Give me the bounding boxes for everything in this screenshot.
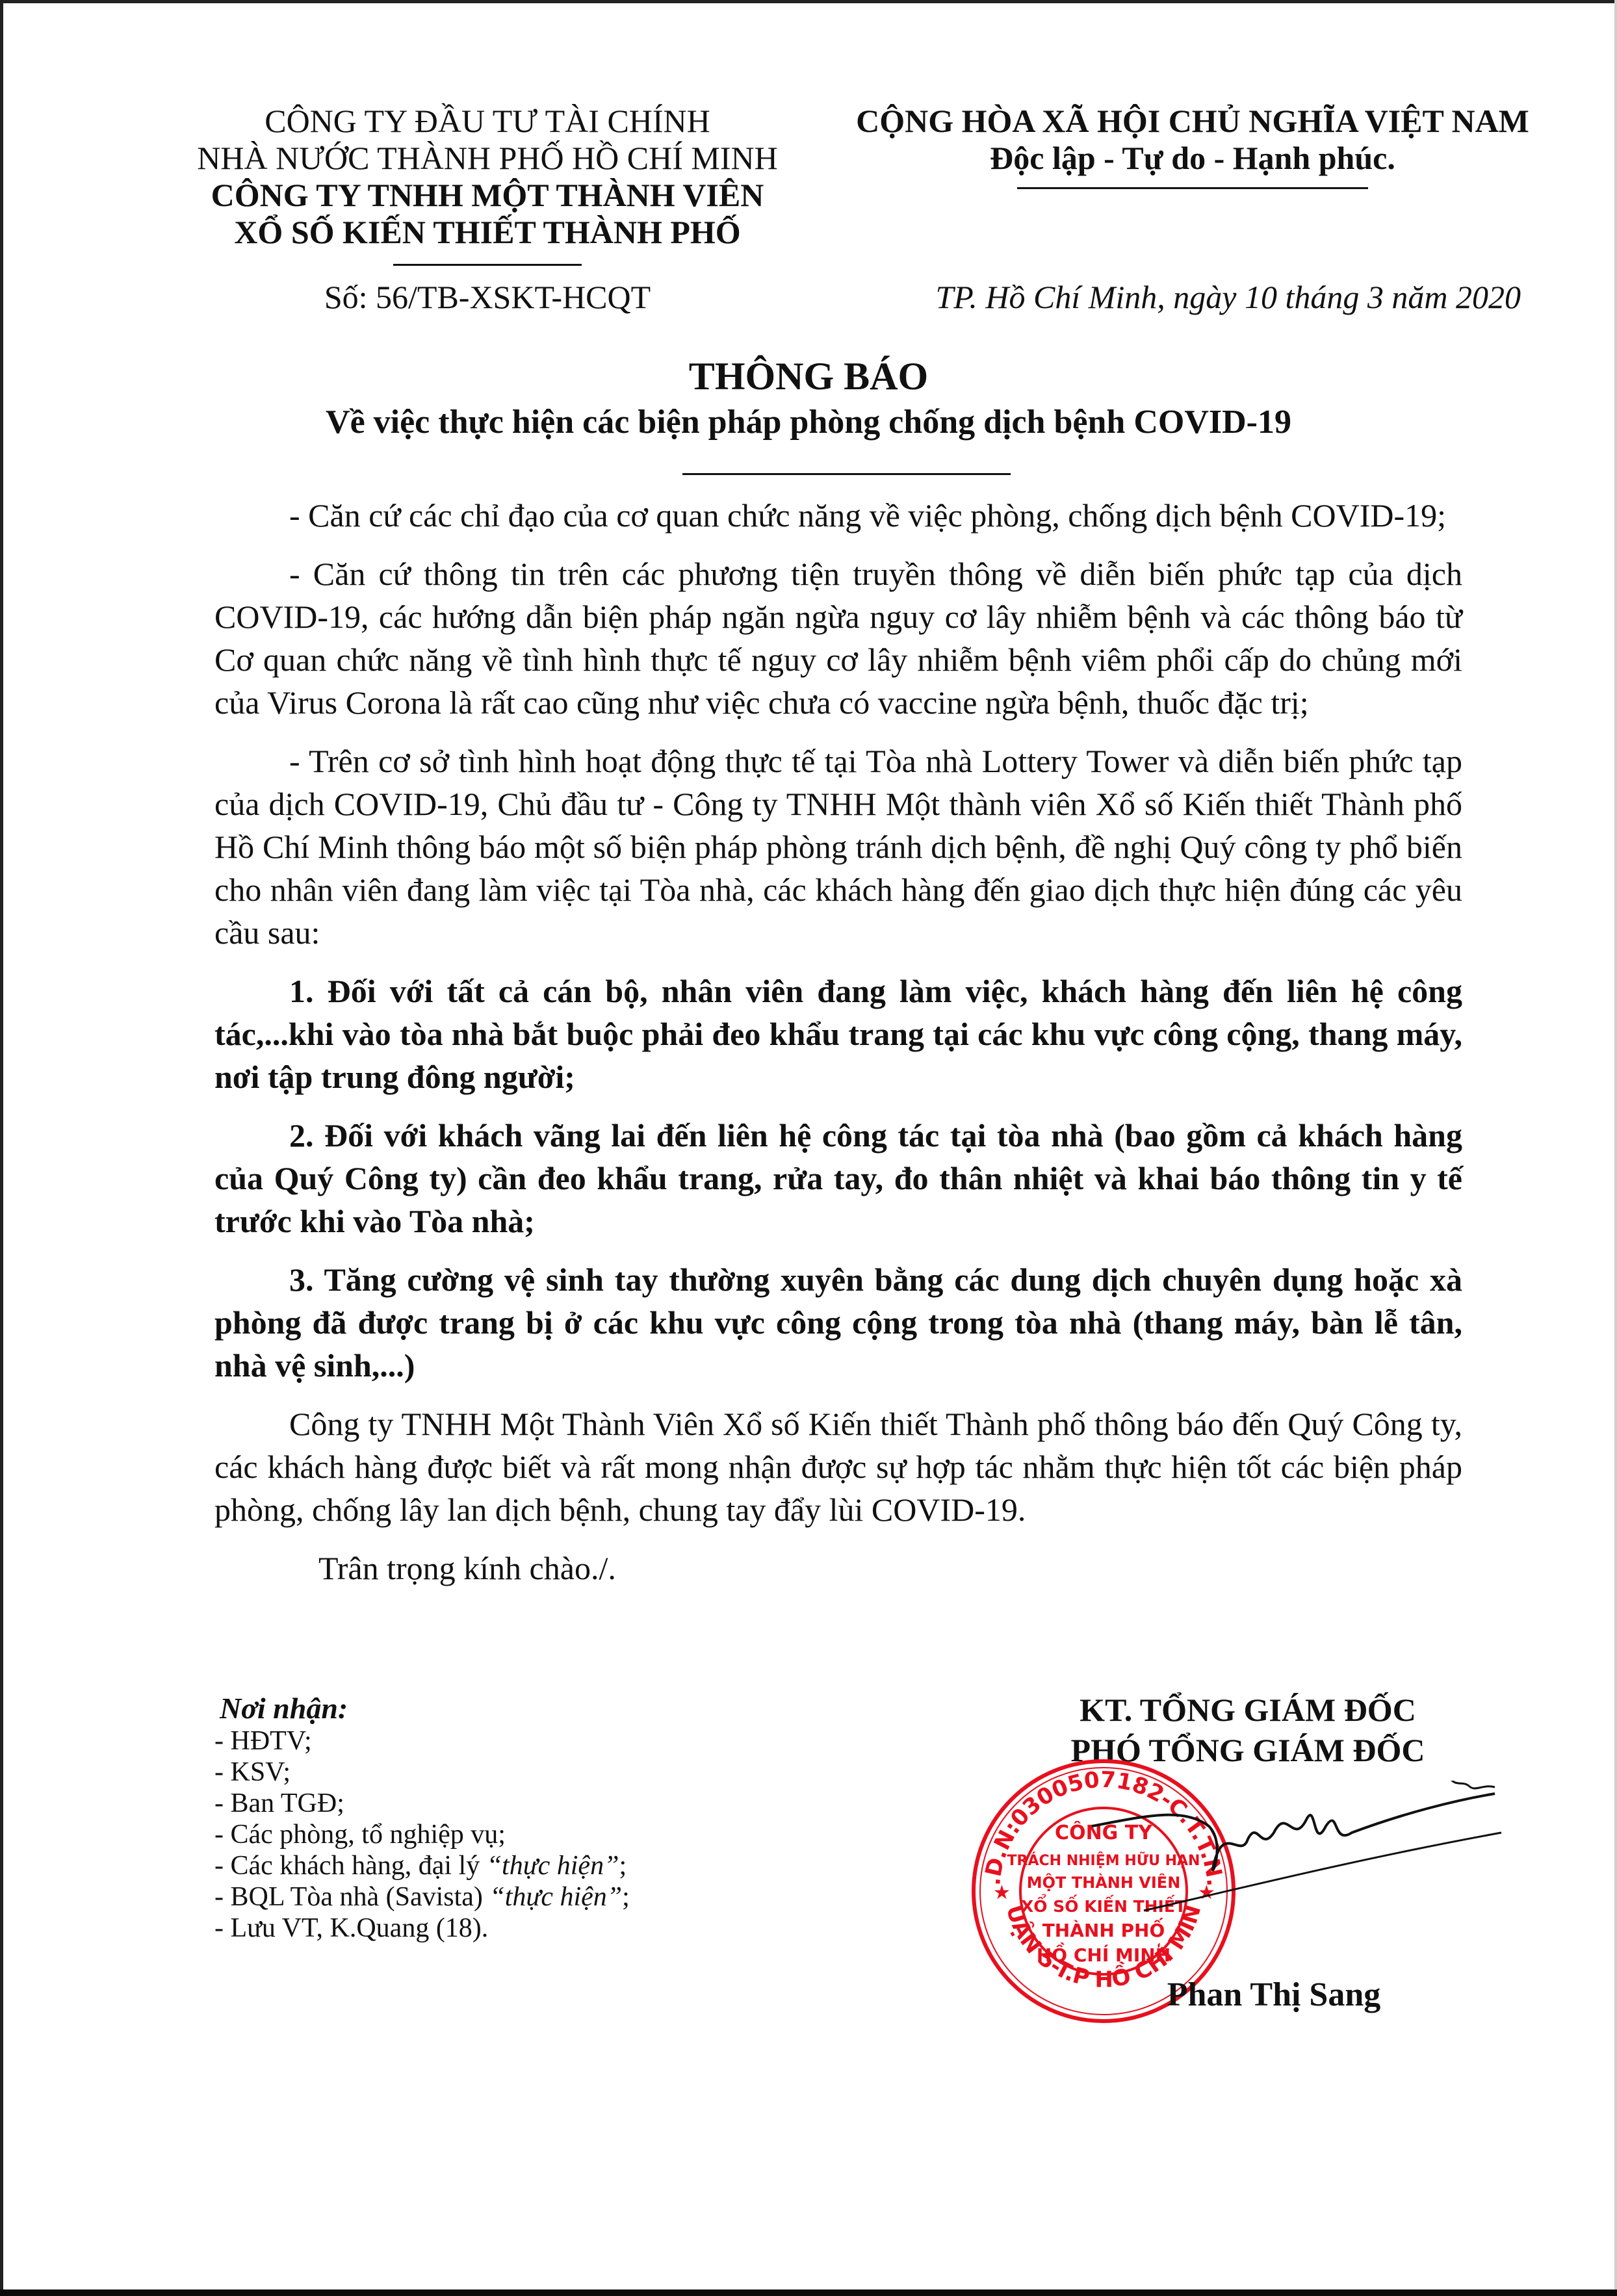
recipient-item: - Các khách hàng, đại lý “thực hiện”; [214,1850,832,1881]
issuer-name-line2: XỔ SỐ KIẾN THIẾT THÀNH PHỐ [175,214,799,251]
recipient-item: - Ban TGĐ; [214,1788,832,1819]
scan-edge-bottom [0,2290,1617,2296]
recipient-item: - KSV; [214,1757,832,1788]
handwritten-signature-icon [1066,1781,1508,1950]
document-body: - Căn cứ các chỉ đạo của cơ quan chức nă… [214,494,1462,1605]
signature-authority: KT. TỔNG GIÁM ĐỐC [1014,1690,1482,1730]
issuer-name-line1: CÔNG TY TNHH MỘT THÀNH VIÊN [175,177,799,214]
national-title: CỘNG HÒA XÃ HỘI CHỦ NGHĨA VIỆT NAM [832,103,1553,140]
recipient-note: “thực hiện” [487,1851,619,1881]
requirement-item: 2. Đối với khách vãng lai đến liên hệ cô… [214,1114,1462,1243]
place-date: TP. Hồ Chí Minh, ngày 10 tháng 3 năm 202… [864,278,1521,316]
signer-name: Phan Thị Sang [1079,1976,1469,2014]
document-number: Số: 56/TB-XSKT-HCQT [175,278,799,316]
issuer-header: CÔNG TY ĐẦU TƯ TÀI CHÍNH NHÀ NƯỚC THÀNH … [175,103,799,266]
svg-text:★: ★ [993,1881,1011,1904]
basis-paragraph: - Trên cơ sở tình hình hoạt động thực tế… [214,740,1462,954]
recipient-note: “thực hiện” [489,1882,622,1912]
recipient-item: - Các phòng, tổ nghiệp vụ; [214,1819,832,1850]
recipient-item: - HĐTV; [214,1725,832,1757]
recipient-item: - Lưu VT, K.Quang (18). [214,1913,832,1944]
document-title: THÔNG BÁO [0,354,1617,399]
scan-edge-top [0,0,1617,3]
greeting: Trân trọng kính chào./. [214,1547,1462,1590]
recipients-list: Nơi nhận: - HĐTV; - KSV; - Ban TGĐ; - Cá… [214,1693,832,1944]
national-header: CỘNG HÒA XÃ HỘI CHỦ NGHĨA VIỆT NAM Độc l… [832,103,1553,189]
issuer-parent-line2: NHÀ NƯỚC THÀNH PHỐ HỒ CHÍ MINH [175,140,799,177]
scan-edge-right [1614,0,1617,2296]
requirement-item: 3. Tăng cường vệ sinh tay thường xuyên b… [214,1258,1462,1387]
motto-divider [1017,187,1368,189]
scan-edge-left [0,0,3,2296]
issuer-divider [393,264,582,266]
basis-paragraph: - Căn cứ thông tin trên các phương tiện … [214,552,1462,724]
closing-paragraph: Công ty TNHH Một Thành Viên Xổ số Kiến t… [214,1402,1462,1531]
title-divider [682,473,1011,475]
document-subject: Về việc thực hiện các biện pháp phòng ch… [0,403,1617,441]
requirement-item: 1. Đối với tất cả cán bộ, nhân viên đang… [214,970,1462,1098]
recipients-heading: Nơi nhận: [220,1693,832,1724]
recipient-item: - BQL Tòa nhà (Savista) “thực hiện”; [214,1881,832,1913]
issuer-parent-line1: CÔNG TY ĐẦU TƯ TÀI CHÍNH [175,103,799,140]
national-motto: Độc lập - Tự do - Hạnh phúc. [832,140,1553,177]
document-page: CÔNG TY ĐẦU TƯ TÀI CHÍNH NHÀ NƯỚC THÀNH … [0,0,1617,2296]
basis-paragraph: - Căn cứ các chỉ đạo của cơ quan chức nă… [214,494,1462,537]
